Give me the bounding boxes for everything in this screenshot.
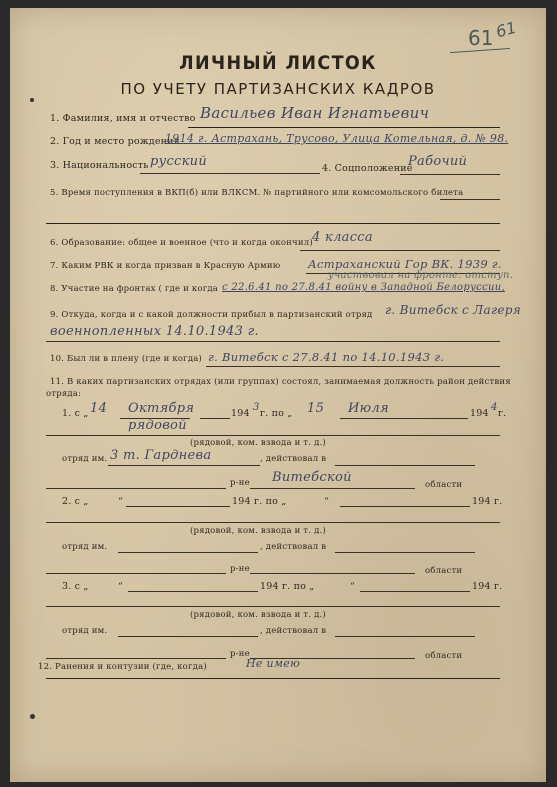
archive-number: 61 xyxy=(468,26,493,50)
document-sheet: 61 61 ЛИЧНЫЙ ЛИСТОК ПО УЧЕТУ ПАРТИЗАНСКИ… xyxy=(10,8,546,782)
entry-2-year-label: 194 г. по „ xyxy=(232,496,286,507)
field-3-label: 3. Национальность xyxy=(50,160,149,171)
entry-3-to-line xyxy=(360,591,470,592)
entry-1-detachment-line xyxy=(108,465,260,466)
entry-1-position-hint: (рядовой, ком. взвода и т. д.) xyxy=(190,438,326,448)
entry-2-acted-label: , действовал в xyxy=(260,542,326,552)
document-title: ЛИЧНЫЙ ЛИСТОК xyxy=(31,52,524,74)
field-12-value[interactable]: Не имею xyxy=(246,657,300,670)
entry-1-month-from[interactable]: Октября xyxy=(128,401,194,416)
field-9-value-line1[interactable]: г. Витебск с Лагеря xyxy=(385,303,521,317)
entry-1-year-to-prefix: 194 xyxy=(470,408,489,419)
entry-1-day-to[interactable]: 15 xyxy=(307,401,324,416)
entry-1-district-line-b xyxy=(250,488,415,489)
entry-3-quote-b: “ xyxy=(350,581,355,592)
entry-2-district-line-a xyxy=(46,573,226,574)
archive-number-alt: 61 xyxy=(494,18,519,42)
field-5-label: 5. Время поступления в ВКП(б) или ВЛКСМ.… xyxy=(50,188,463,198)
entry-1-detachment-label: отряд им. xyxy=(62,454,107,464)
field-4-line xyxy=(400,174,500,175)
entry-3-position-hint: (рядовой, ком. взвода и т. д.) xyxy=(190,610,326,620)
entry-3-num: 3. с „ xyxy=(62,581,89,592)
field-10-label: 10. Был ли в плену (где и когда) xyxy=(50,354,202,364)
entry-2-district-label: р-не xyxy=(230,564,250,574)
field-1-label: 1. Фамилия, имя и отчество xyxy=(50,113,196,124)
punch-mark xyxy=(30,98,34,102)
entry-2-num: 2. с „ xyxy=(62,496,89,507)
entry-3-year-end: 194 г. xyxy=(472,581,502,592)
field-8-label: 8. Участие на фронтах ( где и когда xyxy=(50,284,218,294)
field-11-label: 11. В каких партизанских отрядах (или гр… xyxy=(50,377,511,387)
entry-1-day-from[interactable]: 14 xyxy=(90,401,107,416)
field-1-value[interactable]: Васильев Иван Игнатьевич xyxy=(200,104,429,122)
entry-3-from-line xyxy=(128,591,258,592)
field-8-value-line1[interactable]: участвовал на фронте. отступ. xyxy=(328,270,513,281)
entry-2-region-label: области xyxy=(425,566,462,576)
entry-2-position-hint: (рядовой, ком. взвода и т. д.) xyxy=(190,526,326,536)
entry-3-acted-label: , действовал в xyxy=(260,626,326,636)
entry-2-year-end: 194 г. xyxy=(472,496,502,507)
field-10-value[interactable]: г. Витебск с 27.8.41 по 14.10.1943 г. xyxy=(208,350,444,364)
entry-1-district-label: р-не xyxy=(230,478,250,488)
entry-3-position-line xyxy=(46,606,500,607)
entry-1-year-to-suffix[interactable]: 4 xyxy=(491,402,498,413)
entry-1-region-label: области xyxy=(425,480,462,490)
field-5-line-b xyxy=(46,223,500,224)
entry-3-year-label: 194 г. по „ xyxy=(260,581,314,592)
field-7-value[interactable]: Астраханский Гор ВК. 1939 г. xyxy=(308,257,502,271)
field-2-value[interactable]: 1914 г. Астрахань, Трусово, Улица Котель… xyxy=(165,132,508,145)
field-9-label: 9. Откуда, когда и с какой должности при… xyxy=(50,310,373,320)
entry-1-district[interactable]: Витебской xyxy=(272,470,352,485)
field-9-line xyxy=(46,341,500,342)
entry-3-district-line-a xyxy=(46,658,226,659)
field-4-value[interactable]: Рабочий xyxy=(408,154,467,169)
entry-3-region-label: области xyxy=(425,651,462,661)
entry-1-year-line xyxy=(200,418,230,419)
field-8-value-line2[interactable]: с 22.6.41 по 27.8.41 войну в Западной Бе… xyxy=(222,282,505,293)
field-3-line xyxy=(140,173,320,174)
entry-1-detachment[interactable]: 3 т. Гарднева xyxy=(110,448,211,463)
entry-1-month-to-line xyxy=(340,418,468,419)
entry-2-position-line xyxy=(46,522,500,523)
entry-1-month-to[interactable]: Июля xyxy=(348,401,389,416)
entry-2-detachment-line xyxy=(118,552,258,553)
entry-1-to-label: г. по „ xyxy=(260,408,292,419)
entry-1-num: 1. с „ xyxy=(62,408,89,419)
field-1-line xyxy=(188,127,500,128)
field-6-value[interactable]: 4 класса xyxy=(312,230,373,245)
entry-1-position-line xyxy=(46,435,500,436)
field-9-value-line2[interactable]: военнопленных 14.10.1943 г. xyxy=(50,324,259,339)
entry-1-year-from-suffix[interactable]: 3 xyxy=(253,402,260,413)
document-subtitle: ПО УЧЕТУ ПАРТИЗАНСКИХ КАДРОВ xyxy=(10,80,546,98)
entry-3-quote: “ xyxy=(118,581,123,592)
field-4-label: 4. Соцположение xyxy=(322,163,413,174)
field-12-line xyxy=(46,678,500,679)
field-3-value[interactable]: русский xyxy=(150,154,207,169)
entry-2-district-line-b xyxy=(250,573,415,574)
entry-2-detachment-label: отряд им. xyxy=(62,542,107,552)
entry-1-year-prefix: 194 xyxy=(231,408,250,419)
entry-2-quote-b: “ xyxy=(324,496,329,507)
field-5-line-a xyxy=(440,199,500,200)
punch-mark-bottom xyxy=(30,714,35,719)
entry-1-acted-line xyxy=(335,465,475,466)
entry-2-from-line xyxy=(126,506,230,507)
entry-1-acted-label: , действовал в xyxy=(260,454,326,464)
entry-1-position[interactable]: рядовой xyxy=(128,418,187,433)
entry-2-to-line xyxy=(340,506,470,507)
field-10-line xyxy=(206,366,500,367)
field-2-label: 2. Год и место рождения xyxy=(50,136,180,147)
entry-1-year-end: г. xyxy=(498,408,506,419)
entry-1-district-line-a xyxy=(46,488,226,489)
entry-3-detachment-label: отряд им. xyxy=(62,626,107,636)
field-6-line xyxy=(300,250,500,251)
entry-2-quote: “ xyxy=(118,496,123,507)
entry-3-acted-line xyxy=(335,636,475,637)
field-6-label: 6. Образование: общее и военное (что и к… xyxy=(50,238,313,248)
entry-2-acted-line xyxy=(335,552,475,553)
entry-3-detachment-line xyxy=(118,636,258,637)
field-12-label: 12. Ранения и контузии (где, когда) xyxy=(38,662,207,672)
field-11-label-cont: отряда: xyxy=(46,389,81,399)
field-7-label: 7. Каким РВК и когда призван в Красную А… xyxy=(50,261,280,271)
